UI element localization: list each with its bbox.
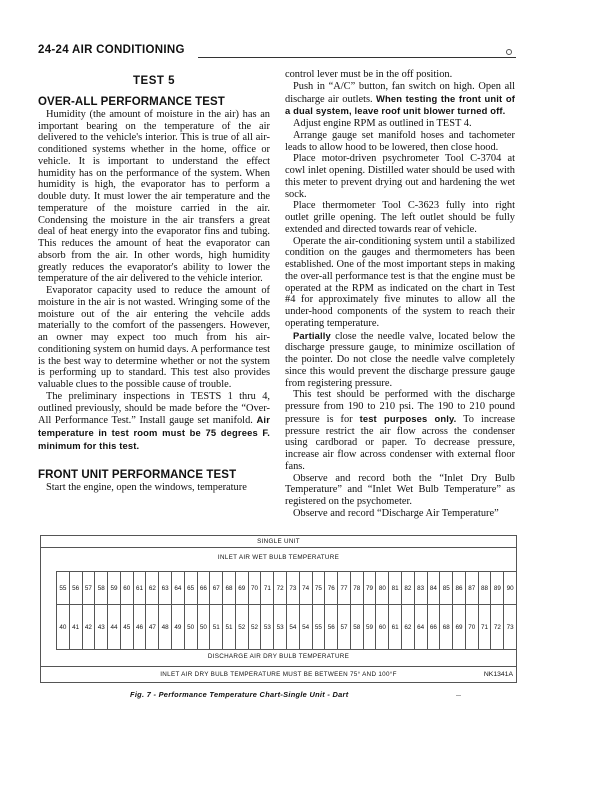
wet-bulb-cell: 89 (491, 572, 504, 605)
wet-bulb-cell: 68 (223, 572, 236, 605)
wet-bulb-cell: 71 (261, 572, 274, 605)
wet-bulb-cell: 55 (57, 572, 70, 605)
wet-bulb-cell: 78 (351, 572, 364, 605)
discharge-cell: 68 (440, 605, 453, 649)
right-column: control lever must be in the off positio… (285, 69, 515, 520)
wet-bulb-cell: 87 (466, 572, 479, 605)
paragraph: Arrange gauge set manifold hoses and tac… (285, 130, 515, 154)
wet-bulb-cell: 60 (121, 572, 134, 605)
discharge-cell: 47 (146, 605, 159, 649)
wet-bulb-cell: 69 (236, 572, 249, 605)
wet-bulb-cell: 63 (159, 572, 172, 605)
wet-bulb-cell: 64 (172, 572, 185, 605)
wet-bulb-cell: 74 (300, 572, 313, 605)
discharge-cell: 49 (172, 605, 185, 649)
discharge-cell: 57 (338, 605, 351, 649)
discharge-cell: 72 (491, 605, 504, 649)
section-heading-overall: OVER-ALL PERFORMANCE TEST (38, 96, 270, 109)
discharge-cell: 52 (249, 605, 262, 649)
wet-bulb-cell: 61 (134, 572, 147, 605)
paragraph: Partially close the needle valve, locate… (285, 330, 515, 390)
bold-note: test purposes only. (360, 413, 457, 424)
wet-bulb-cell: 80 (376, 572, 389, 605)
wet-bulb-cell: 81 (389, 572, 402, 605)
chart-footer: INLET AIR DRY BULB TEMPERATURE MUST BE B… (41, 666, 516, 682)
discharge-cell: 51 (223, 605, 236, 649)
paragraph: Observe and record both the “Inlet Dry B… (285, 473, 515, 508)
discharge-cell: 43 (95, 605, 108, 649)
paragraph: Operate the air-conditioning system unti… (285, 236, 515, 330)
figure-caption: Fig. 7 - Performance Temperature Chart-S… (130, 690, 450, 699)
discharge-cell: 48 (159, 605, 172, 649)
discharge-label: DISCHARGE AIR DRY BULB TEMPERATURE (41, 653, 516, 660)
discharge-cell: 41 (70, 605, 83, 649)
left-column: TEST 5 OVER-ALL PERFORMANCE TEST Humidit… (38, 76, 270, 493)
performance-temperature-chart: SINGLE UNIT INLET AIR WET BULB TEMPERATU… (40, 535, 517, 683)
wet-bulb-cell: 75 (313, 572, 326, 605)
wet-bulb-cell: 72 (274, 572, 287, 605)
paragraph: This test should be performed with the d… (285, 389, 515, 472)
discharge-cell: 60 (376, 605, 389, 649)
dry-bulb-note: INLET AIR DRY BULB TEMPERATURE MUST BE B… (41, 667, 516, 683)
discharge-cell: 61 (389, 605, 402, 649)
discharge-cell: 59 (364, 605, 377, 649)
paragraph: Place motor-driven psychrometer Tool C-3… (285, 153, 515, 200)
wet-bulb-cell: 66 (198, 572, 211, 605)
wet-bulb-cell: 70 (249, 572, 262, 605)
wet-bulb-cell: 65 (185, 572, 198, 605)
discharge-cell: 70 (466, 605, 479, 649)
wet-bulb-cell: 62 (146, 572, 159, 605)
page-title: 24-24 AIR CONDITIONING (38, 44, 185, 56)
discharge-cell: 54 (287, 605, 300, 649)
wet-bulb-cell: 67 (210, 572, 223, 605)
wet-bulb-cell: 84 (428, 572, 441, 605)
wet-bulb-cell: 56 (70, 572, 83, 605)
paragraph: Start the engine, open the windows, temp… (38, 482, 270, 494)
bold-word: Partially (293, 330, 331, 341)
discharge-cell: 54 (300, 605, 313, 649)
discharge-row: 4041424344454647484950505151525253535454… (56, 604, 517, 650)
wet-bulb-cell: 86 (453, 572, 466, 605)
wet-bulb-cell: 57 (83, 572, 96, 605)
discharge-cell: 44 (108, 605, 121, 649)
discharge-cell: 58 (351, 605, 364, 649)
paragraph: Observe and record “Discharge Air Temper… (285, 508, 515, 520)
paragraph: Push in “A/C” button, fan switch on high… (285, 81, 515, 118)
test-title: TEST 5 (38, 76, 270, 88)
wet-bulb-cell: 58 (95, 572, 108, 605)
wet-bulb-cell: 59 (108, 572, 121, 605)
text: The preliminary inspections in TESTS 1 t… (38, 391, 270, 427)
discharge-cell: 53 (274, 605, 287, 649)
discharge-cell: 46 (134, 605, 147, 649)
discharge-cell: 69 (453, 605, 466, 649)
discharge-cell: 73 (504, 605, 517, 649)
section-heading-front-unit: FRONT UNIT PERFORMANCE TEST (38, 469, 270, 482)
wet-bulb-cell: 76 (325, 572, 338, 605)
wet-bulb-cell: 88 (479, 572, 492, 605)
discharge-cell: 50 (198, 605, 211, 649)
page-header: 24-24 AIR CONDITIONING (38, 44, 516, 60)
wet-bulb-cell: 83 (415, 572, 428, 605)
wet-bulb-row: 5556575859606162636465666768697071727374… (56, 571, 517, 605)
figure-code: NK1341A (484, 667, 513, 683)
paragraph: Evaporator capacity used to reduce the a… (38, 285, 270, 391)
paragraph: Adjust engine RPM as outlined in TEST 4. (285, 118, 515, 130)
discharge-cell: 52 (236, 605, 249, 649)
paragraph: control lever must be in the off positio… (285, 69, 515, 81)
discharge-cell: 64 (415, 605, 428, 649)
discharge-cell: 42 (83, 605, 96, 649)
wet-bulb-cell: 79 (364, 572, 377, 605)
circle-mark-icon (506, 49, 512, 55)
discharge-cell: 71 (479, 605, 492, 649)
paragraph: Place thermometer Tool C-3623 fully into… (285, 200, 515, 235)
discharge-cell: 56 (325, 605, 338, 649)
discharge-cell: 51 (210, 605, 223, 649)
header-rule (198, 57, 516, 58)
wet-bulb-cell: 77 (338, 572, 351, 605)
chart-title: SINGLE UNIT (41, 536, 516, 548)
discharge-cell: 62 (402, 605, 415, 649)
wet-bulb-cell: 73 (287, 572, 300, 605)
paragraph: Humidity (the amount of moisture in the … (38, 109, 270, 285)
wet-bulb-cell: 82 (402, 572, 415, 605)
wet-bulb-label: INLET AIR WET BULB TEMPERATURE (41, 554, 516, 561)
dash-mark (456, 695, 461, 696)
discharge-cell: 50 (185, 605, 198, 649)
discharge-cell: 40 (57, 605, 70, 649)
wet-bulb-cell: 90 (504, 572, 517, 605)
discharge-cell: 55 (313, 605, 326, 649)
discharge-cell: 45 (121, 605, 134, 649)
discharge-cell: 53 (261, 605, 274, 649)
paragraph-prelim: The preliminary inspections in TESTS 1 t… (38, 391, 270, 453)
wet-bulb-cell: 85 (440, 572, 453, 605)
discharge-cell: 66 (428, 605, 441, 649)
